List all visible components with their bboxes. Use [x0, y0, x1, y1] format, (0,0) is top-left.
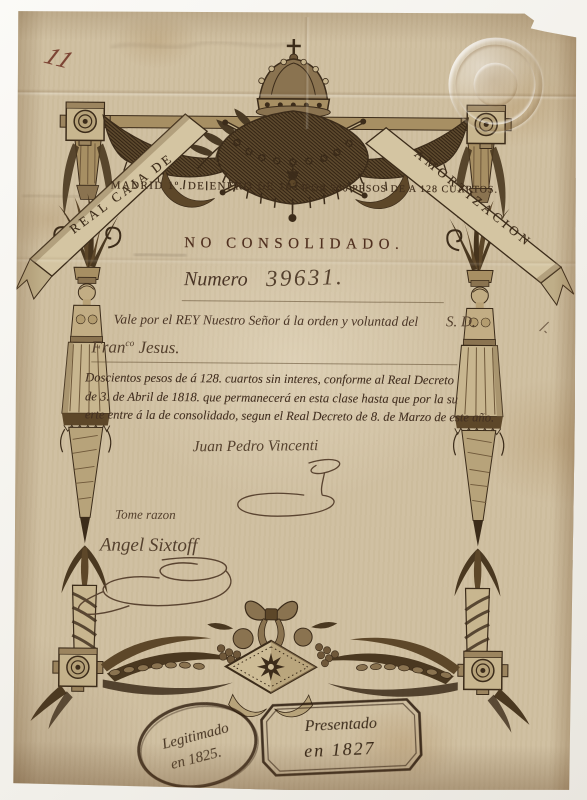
royal-crown	[256, 39, 331, 119]
diamond-plaque	[226, 640, 316, 693]
serial-label: Numero	[184, 268, 248, 291]
payable-printed-text: Vale por el REY Nuestro Señor á la orden…	[114, 312, 419, 330]
payable-handwritten: S. D.	[446, 314, 476, 331]
payee-name: Franco Jesus.	[91, 337, 179, 358]
oval-stamp-line1: Legitimado	[159, 720, 231, 753]
document-paper: 11 REAL CAJA DE AMORTIZACION MADRID 1º. …	[10, 9, 578, 792]
payee-main: Fran	[91, 337, 125, 356]
signature-primary: Juan Pedro Vincenti	[193, 437, 319, 456]
octagonal-stamp-line2: en 1827	[304, 738, 376, 761]
showthrough-mark	[111, 41, 294, 49]
denomination: POR 200 PESOS DE A 128 CUARTOS.	[305, 183, 498, 196]
payee-superscript: co	[125, 339, 134, 349]
octagonal-stamp: Presentado en 1827	[258, 696, 425, 779]
photo-backdrop: 11 REAL CAJA DE AMORTIZACION MADRID 1º. …	[0, 0, 587, 800]
ink-smudge	[134, 254, 186, 256]
terms-line: Doscientos pesos de á 128. cuartos sin i…	[85, 368, 494, 390]
signature-secondary: Angel Sixtoff	[100, 534, 198, 557]
corner-cube-bl	[53, 648, 103, 691]
payable-line: Vale por el REY Nuestro Señor á la orden…	[114, 312, 476, 332]
corner-cube-br	[458, 651, 508, 694]
terms-paragraph: Doscientos pesos de á 128. cuartos sin i…	[85, 368, 495, 427]
rubric-secondary	[78, 557, 231, 615]
octagonal-stamp-line1: Presentado	[303, 715, 377, 735]
margin-mark	[540, 322, 549, 333]
showthrough-mark	[23, 195, 81, 197]
tome-razon-label: Tome razon	[115, 507, 176, 523]
serial-number: 39631.	[266, 264, 345, 292]
corner-cube-tl	[60, 102, 110, 145]
rubric-primary	[238, 459, 340, 517]
dateline: MADRID 1º. DE ENERO DE 1824	[111, 180, 307, 194]
class-title: NO CONSOLIDADO.	[134, 235, 454, 255]
terms-line: erte entre á la de consolidado, segun el…	[85, 405, 494, 427]
embossed-dry-seal	[448, 37, 543, 132]
payee-rest: Jesus.	[134, 338, 179, 357]
